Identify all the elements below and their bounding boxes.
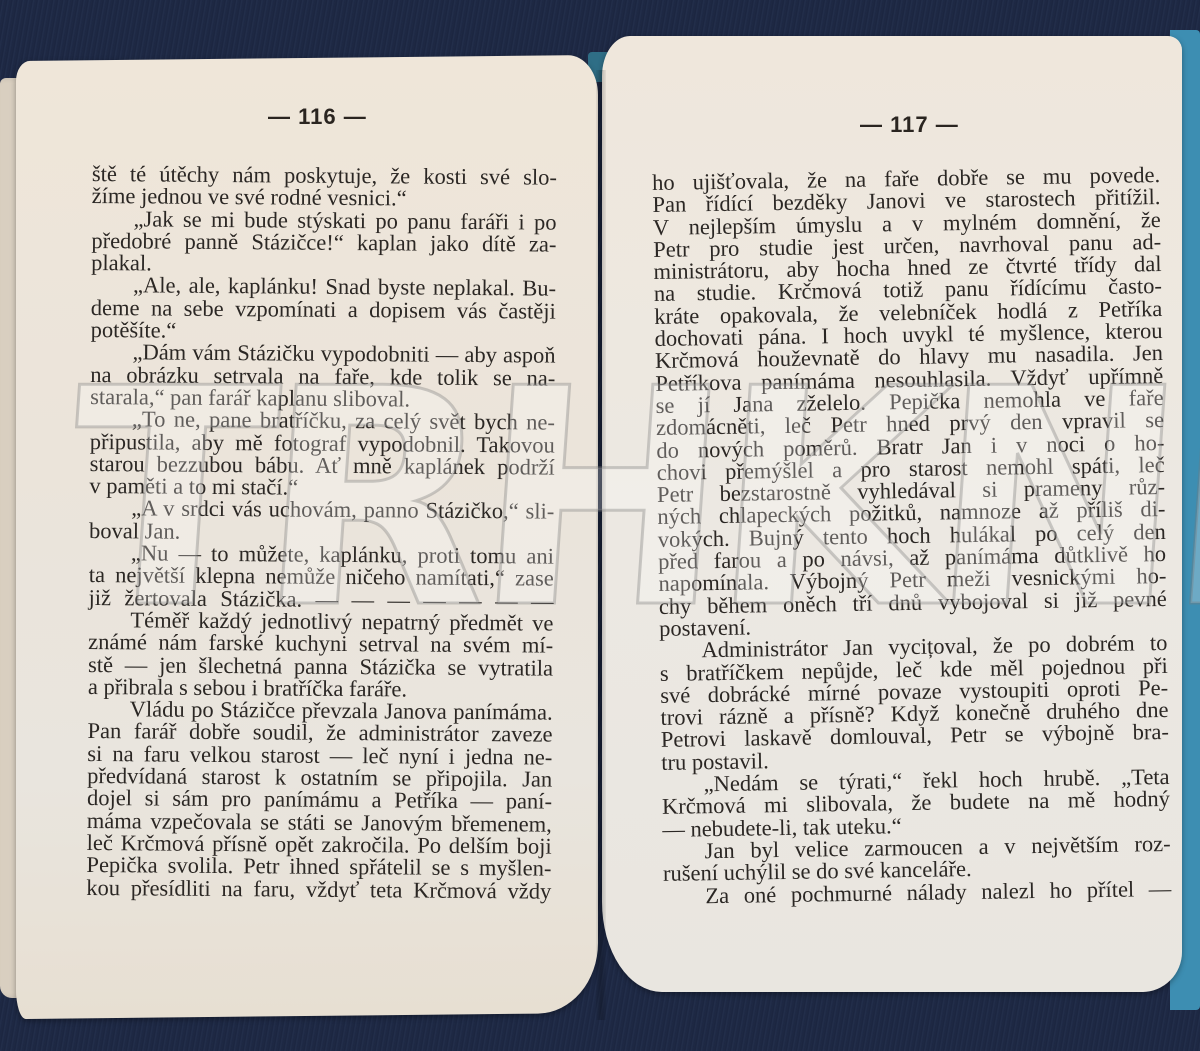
text-line: kou přesídliti na faru, vždyť teta Krčmo… [86,876,551,902]
book-gutter [596,70,606,1020]
text-line: předobré panně Stázičce!“ kaplan jako dí… [91,230,556,256]
page-number-left: — 116 — [268,104,367,130]
right-page-text: ho ujišťovala, že na faře dobře se mu po… [652,164,1171,908]
left-page-text: ště té útěchy nám poskytuje, že kosti sv… [86,163,557,902]
page-number-right: — 117 — [860,112,959,138]
open-book: — 116 — — 117 — ště té útěchy nám poskyt… [0,0,1200,1051]
